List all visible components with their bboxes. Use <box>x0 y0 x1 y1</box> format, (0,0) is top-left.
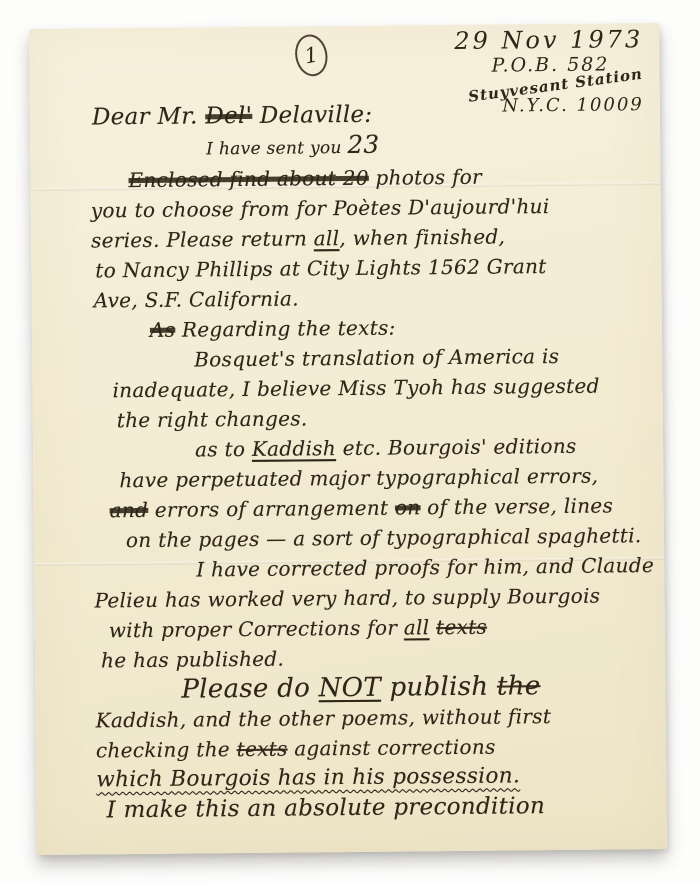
text-segment: Regarding the texts: <box>175 316 396 342</box>
page-number: 1 <box>303 42 321 68</box>
text-segment: of the verse, lines <box>420 493 613 519</box>
text-segment-scribble: As <box>150 318 176 342</box>
text-segment: with proper Corrections for <box>109 615 404 642</box>
letter-line: Bosquet's translation of America is <box>194 340 656 374</box>
text-segment-u: Kaddish <box>252 436 336 461</box>
text-segment: the right changes. <box>117 406 308 432</box>
text-segment: have perpetuated major typographical err… <box>119 464 598 493</box>
text-segment: etc. Bourgois' editions <box>336 434 577 460</box>
date-line: 29 Nov 1973 <box>454 25 643 55</box>
text-segment: checking the <box>96 737 237 762</box>
text-segment-strike: texts <box>237 737 288 761</box>
text-segment-big: 23 <box>347 130 379 159</box>
text-segment: Bosquet's translation of America is <box>194 344 559 372</box>
text-segment: against corrections <box>287 735 495 761</box>
letter-line: I have sent you 23 <box>206 127 654 164</box>
letter-line: As Regarding the texts: <box>150 310 656 345</box>
text-segment: I have corrected proofs for him, and Cla… <box>196 553 654 581</box>
text-segment: you to choose from for Poètes D'aujourd'… <box>91 194 550 222</box>
text-segment: he has published. <box>101 647 284 673</box>
text-segment-strike: texts <box>436 615 487 639</box>
page-number-circled: 1 <box>292 32 331 79</box>
text-segment: , when finished, <box>339 224 505 250</box>
text-segment: Pelieu has worked very hard, to supply B… <box>94 584 600 613</box>
text-segment: Kaddish, and the other poems, without fi… <box>96 704 552 732</box>
text-segment: I make this an absolute precondition <box>106 793 545 823</box>
text-segment-scribble: on <box>395 495 421 519</box>
text-segment: series. Please return <box>91 226 314 252</box>
text-segment-wavy: which Bourgois has in his possession. <box>96 763 520 792</box>
text-segment-scribble: Del' <box>205 103 252 129</box>
photo-background: 1 29 Nov 1973 P.O.B. 582 Stuyvesant Stat… <box>0 0 700 884</box>
letter-line: I make this an absolute precondition <box>106 790 660 825</box>
text-segment: to Nancy Phillips at City Lights 1562 Gr… <box>95 254 546 282</box>
letter-line: Pelieu has worked very hard, to supply B… <box>94 580 658 615</box>
text-segment: Dear Mr. <box>92 103 206 130</box>
text-segment: on the pages — a sort of typographical s… <box>126 523 642 552</box>
text-segment: errors of arrangement <box>148 496 395 522</box>
letter-line: inadequate, I believe Miss Tyoh has sugg… <box>112 370 656 405</box>
letter-lines: Dear Mr. Del' Delaville:I have sent you … <box>88 97 661 825</box>
letter-paper: 1 29 Nov 1973 P.O.B. 582 Stuyvesant Stat… <box>29 23 667 855</box>
text-segment-scribble: and <box>110 498 149 522</box>
text-segment: Ave, S.F. California. <box>94 286 299 312</box>
letter-line: as to Kaddish etc. Bourgois' editions <box>195 430 657 464</box>
text-segment-strike: the <box>497 671 541 701</box>
letter-line: Please do NOT publish the <box>181 670 659 705</box>
text-segment: I have sent you <box>206 138 347 159</box>
text-segment-u: all <box>404 615 430 639</box>
text-segment: photos for <box>369 165 482 190</box>
text-segment-scribble: Enclosed find <box>128 167 277 192</box>
text-segment: as to <box>195 437 252 462</box>
text-segment-u: NOT <box>319 673 382 704</box>
letter-line: I have corrected proofs for him, and Cla… <box>196 550 658 584</box>
text-segment-scribble: about 20 <box>277 166 369 191</box>
text-segment: Delaville: <box>252 102 372 129</box>
text-segment: inadequate, I believe Miss Tyoh has sugg… <box>112 374 599 403</box>
text-segment: Please do <box>181 673 319 704</box>
text-segment-u: all <box>314 226 340 250</box>
text-segment: publish <box>381 672 497 703</box>
